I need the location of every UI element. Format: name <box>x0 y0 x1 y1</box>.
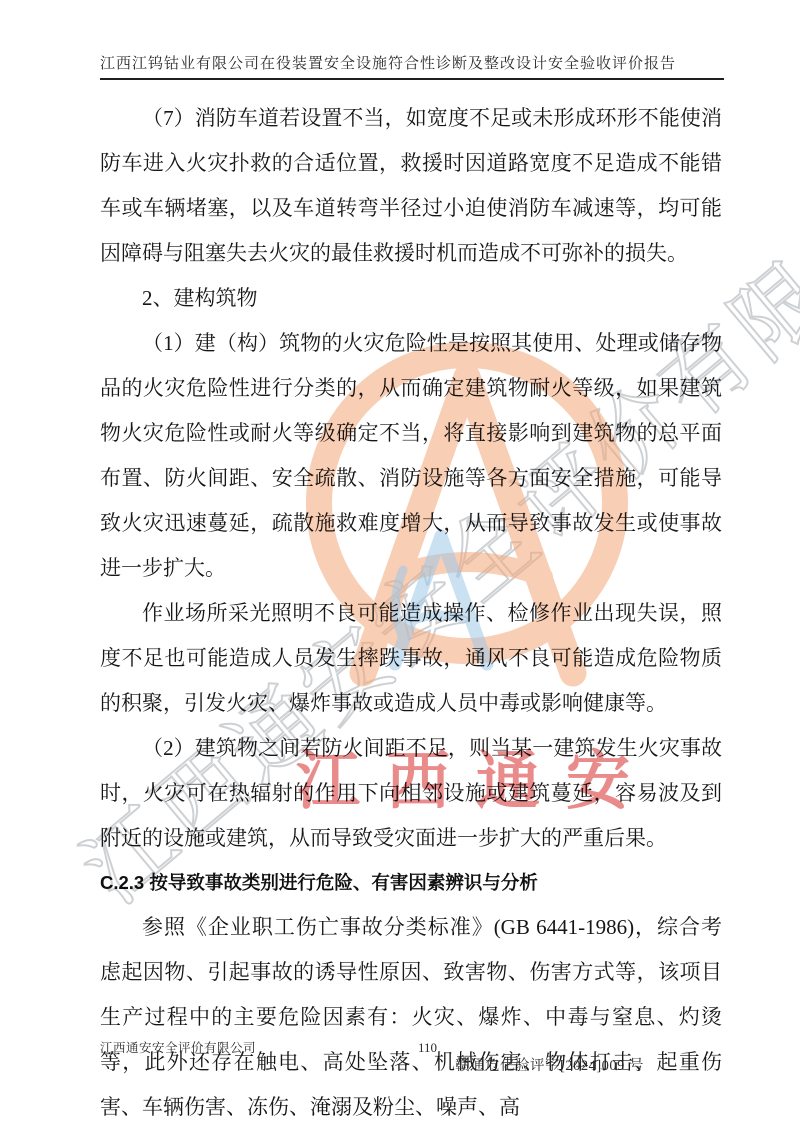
footer-page-number: 110 <box>418 1040 437 1056</box>
paragraph: 参照《企业职工伤亡事故分类标准》(GB 6441-1986)，综合考虑起因物、引… <box>100 905 722 1130</box>
page-header: 江西江钨钴业有限公司在役装置安全设施符合性诊断及整改设计安全验收评价报告 <box>100 52 724 80</box>
paragraph: （7）消防车道若设置不当，如宽度不足或未形成环形不能使消防车进入火灾扑救的合适位… <box>100 96 722 276</box>
paragraph: 2、建构筑物 <box>100 276 722 321</box>
document-page: 江西江钨钴业有限公司在役装置安全设施符合性诊断及整改设计安全验收评价报告 （7）… <box>0 0 800 1131</box>
paragraph: 作业场所采光照明不良可能造成操作、检修作业出现失误，照度不足也可能造成人员发生摔… <box>100 591 722 726</box>
report-title: 江西江钨钴业有限公司在役装置安全设施符合性诊断及整改设计安全验收评价报告 <box>100 52 724 80</box>
footer-document-number: 赣通危化验评字[2024]009 号 <box>455 1054 705 1075</box>
paragraph: C.2.3 按导致事故类别进行危险、有害因素辨识与分析 <box>100 861 722 905</box>
paragraph: （1）建（构）筑物的火灾危险性是按照其使用、处理或储存物品的火灾危险性进行分类的… <box>100 321 722 591</box>
footer-company-name: 江西通安安全评价有限公司 <box>100 1038 256 1056</box>
document-body: （7）消防车道若设置不当，如宽度不足或未形成环形不能使消防车进入火灾扑救的合适位… <box>100 96 722 1130</box>
paragraph: （2）建筑物之间若防火间距不足，则当某一建筑发生火灾事故时，火灾可在热辐射的作用… <box>100 726 722 861</box>
